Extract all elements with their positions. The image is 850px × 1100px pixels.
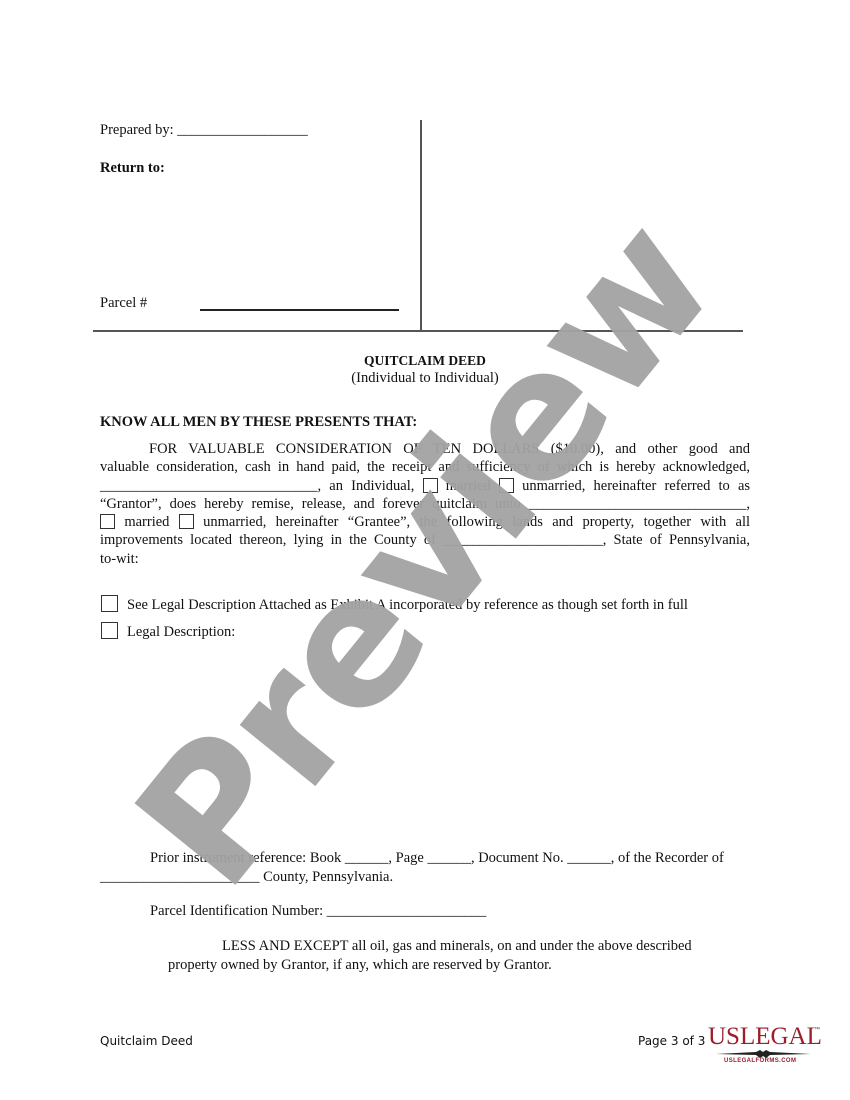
- eagle-emblem-icon: [716, 1050, 811, 1058]
- footer-document-name: Quitclaim Deed: [100, 1034, 193, 1048]
- logo-trademark: ™: [814, 1027, 820, 1033]
- parcel-label: Parcel #: [100, 294, 147, 312]
- less-and-except-line2: property owned by Grantor, if any, which…: [168, 956, 552, 974]
- preamble-heading: KNOW ALL MEN BY THESE PRESENTS THAT:: [100, 413, 417, 431]
- exhibit-a-checkbox[interactable]: [101, 595, 118, 612]
- header-vertical-divider: [420, 120, 422, 331]
- logo-wordmark: USLEGAL: [708, 1024, 822, 1050]
- legal-description-checkbox[interactable]: [101, 622, 118, 639]
- prior-instrument-line1: Prior instrument reference: Book ______,…: [150, 849, 724, 867]
- document-title: QUITCLAIM DEED: [0, 352, 850, 370]
- return-to-label: Return to:: [100, 159, 165, 177]
- document-subtitle: (Individual to Individual): [0, 369, 850, 387]
- married-label: married: [124, 514, 169, 530]
- unmarried-label: unmarried, hereinafter “Grantee”, the fo…: [203, 514, 750, 530]
- footer-page-number: Page 3 of 3: [638, 1034, 705, 1048]
- grantee-line: “Grantor”, does hereby remise, release, …: [100, 495, 750, 513]
- less-and-except-line1: LESS AND EXCEPT all oil, gas and mineral…: [222, 937, 692, 955]
- uslegal-logo: USLEGAL ™ USLEGALFORMS.COM: [706, 1024, 821, 1068]
- prior-instrument-line2: ______________________ County, Pennsylva…: [100, 868, 393, 886]
- paragraph-line: valuable consideration, cash in hand pai…: [100, 458, 750, 476]
- grantor-line: ______________________________, an Indiv…: [100, 477, 750, 495]
- parcel-identification-number: Parcel Identification Number: __________…: [150, 902, 486, 920]
- paragraph-line: FOR VALUABLE CONSIDERATION OF TEN DOLLAR…: [100, 440, 750, 458]
- to-wit-line: to-wit:: [100, 550, 750, 568]
- header-horizontal-divider: [93, 330, 743, 332]
- grantee-married-checkbox[interactable]: [100, 514, 115, 529]
- unmarried-label: unmarried, hereinafter referred to as: [522, 478, 750, 494]
- grantor-married-checkbox[interactable]: [423, 478, 438, 493]
- legal-description-option[interactable]: Legal Description:: [101, 622, 235, 641]
- logo-url: USLEGALFORMS.COM: [724, 1058, 796, 1064]
- grantee-unmarried-checkbox[interactable]: [179, 514, 194, 529]
- grantor-name-blank: ______________________________, an Indiv…: [100, 478, 414, 494]
- parcel-blank-line: [200, 309, 399, 311]
- legal-description-label: Legal Description:: [127, 624, 235, 640]
- grantor-unmarried-checkbox[interactable]: [499, 478, 514, 493]
- consideration-paragraph: FOR VALUABLE CONSIDERATION OF TEN DOLLAR…: [100, 440, 750, 568]
- prepared-by-field: Prepared by: __________________: [100, 121, 308, 139]
- grantee-status-line: married unmarried, hereinafter “Grantee”…: [100, 513, 750, 531]
- exhibit-a-option[interactable]: See Legal Description Attached as Exhibi…: [101, 595, 688, 614]
- county-line: improvements located thereon, lying in t…: [100, 531, 750, 549]
- exhibit-a-label: See Legal Description Attached as Exhibi…: [127, 597, 688, 613]
- married-label: married: [446, 478, 491, 494]
